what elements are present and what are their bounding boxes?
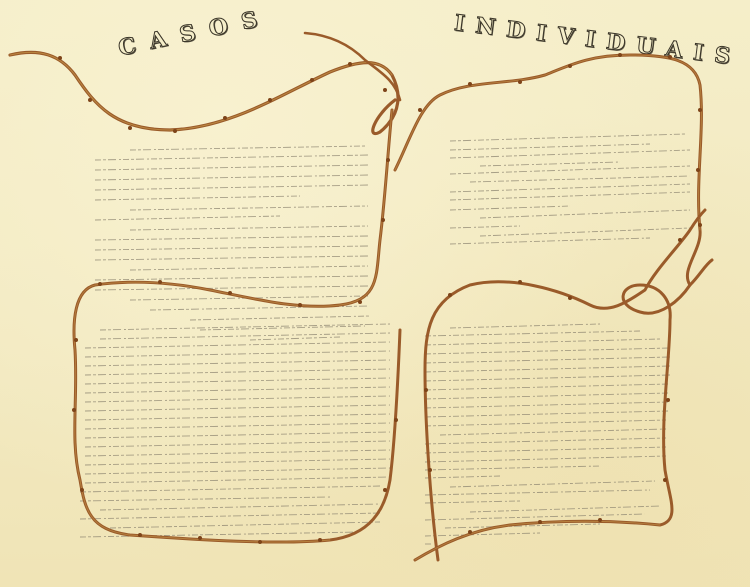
artwork-canvas: CASOS INDIVIDUAIS: [0, 0, 750, 587]
vine-bottom-right-frame: [415, 260, 712, 560]
vine-center-vertical: [74, 110, 400, 542]
vine-top-left: [10, 52, 398, 133]
vine-bottom-right-upper: [425, 210, 705, 560]
thorny-vines: [0, 0, 750, 587]
vine-top-right-frame: [395, 55, 701, 285]
thorns: [58, 53, 702, 544]
